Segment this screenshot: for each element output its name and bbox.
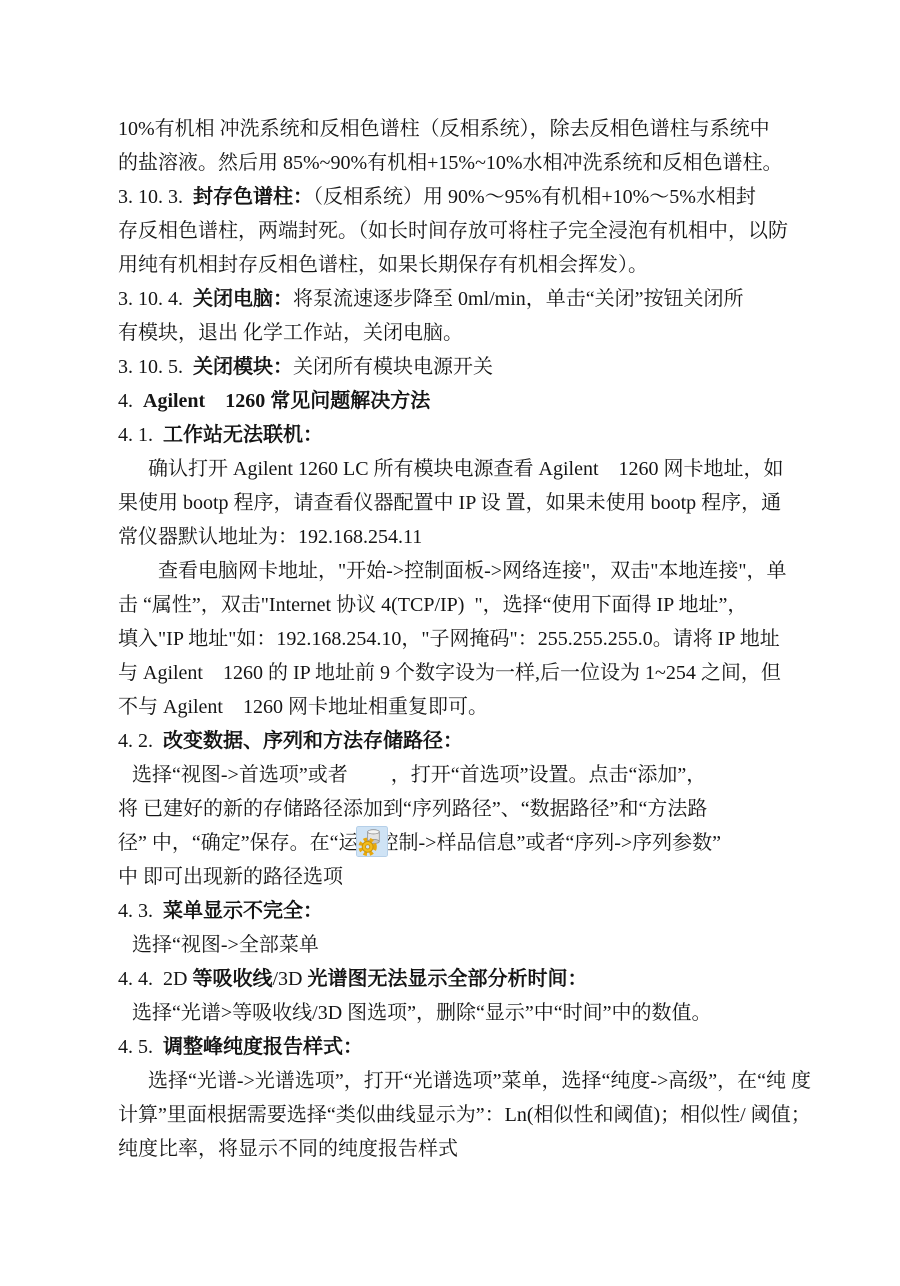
text-run: 填入"IP 地址"如：192.168.254.10，"子网掩码"：255.255… (118, 628, 780, 650)
document-page: 10%有机相 冲洗系统和反相色谱柱（反相系统），除去反相色谱柱与系统中的盐溶液。… (0, 0, 900, 1286)
text-run: 纯度比率，将显示不同的纯度报告样式 (118, 1138, 458, 1160)
text-run: 3. 10. 3. (118, 186, 193, 208)
bold-text-run: 关闭电脑： (193, 288, 293, 310)
body-line-16: 填入"IP 地址"如：192.168.254.10，"子网掩码"：255.255… (118, 622, 808, 656)
bold-text-run: 调整峰纯度报告样式： (163, 1036, 363, 1058)
body-line-15: 击 “属性”，双击"Internet 协议 4(TCP/IP) "，选择“使用下… (118, 588, 808, 622)
bold-text-run: 等吸收线 (192, 968, 272, 990)
document-content: 10%有机相 冲洗系统和反相色谱柱（反相系统），除去反相色谱柱与系统中的盐溶液。… (118, 112, 808, 1166)
body-line-31: 纯度比率，将显示不同的纯度报告样式 (118, 1132, 808, 1166)
text-run: 将泵流速逐步降至 0ml/min，单击“关闭”按钮关闭所 (293, 288, 744, 310)
text-run: 不与 Agilent 1260 网卡地址相重复即可。 (118, 696, 488, 718)
heading-4-5: 4. 5. 调整峰纯度报告样式： (118, 1030, 808, 1064)
body-line-4: 存反相色谱柱，两端封死。（如长时间存放可将柱子完全浸泡有机相中，以防 (118, 214, 808, 248)
text-run: 将 已建好的新的存储路径添加到“序列路径”、“数据路径”和“方法路 (118, 798, 707, 820)
text-run: （反相系统）用 90%～95%有机相+10%～5%水相封 (313, 186, 756, 208)
body-line-7: 有模块，退出 化学工作站，关闭电脑。 (118, 316, 808, 350)
text-run: 4. 1. (118, 424, 163, 446)
heading-4-2: 4. 2. 改变数据、序列和方法存储路径： (118, 724, 808, 758)
text-run: /3D (272, 968, 307, 990)
body-line-18: 不与 Agilent 1260 网卡地址相重复即可。 (118, 690, 808, 724)
heading-3-10-5: 3. 10. 5. 关闭模块：关闭所有模块电源开关 (118, 350, 808, 384)
heading-4: 4. Agilent 1260 常见问题解决方法 (118, 384, 808, 418)
bold-text-run: 菜单显示不完全： (163, 900, 323, 922)
bold-text-run: Agilent 1260 常见问题解决方法 (143, 390, 430, 412)
text-run: 4. 5. (118, 1036, 163, 1058)
text-run: 常仪器默认地址为：192.168.254.11 (118, 526, 422, 548)
bold-text-run: 改变数据、序列和方法存储路径： (163, 730, 463, 752)
body-line-21: 将 已建好的新的存储路径添加到“序列路径”、“数据路径”和“方法路 (118, 792, 808, 826)
text-run: 有模块，退出 化学工作站，关闭电脑。 (118, 322, 463, 344)
body-line-12: 果使用 bootp 程序，请查看仪器配置中 IP 设 置，如果未使用 bootp… (118, 486, 808, 520)
heading-4-3: 4. 3. 菜单显示不完全： (118, 894, 808, 928)
heading-4-4: 4. 4. 2D 等吸收线/3D 光谱图无法显示全部分析时间： (118, 962, 808, 996)
bold-text-run: 光谱图无法显示全部分析时间： (307, 968, 587, 990)
body-line-20: 选择“视图->首选项”或者 ，打开“首选项”设置。点击“添加”， (118, 758, 808, 792)
heading-3-10-4: 3. 10. 4. 关闭电脑：将泵流速逐步降至 0ml/min，单击“关闭”按钮… (118, 282, 808, 316)
preferences-icon (356, 758, 388, 789)
text-run: 关闭所有模块电源开关 (293, 356, 493, 378)
text-run: 计算”里面根据需要选择“类似曲线显示为”：Ln(相似性和阈值)；相似性/ 阈值； (118, 1104, 811, 1126)
text-run: 查看电脑网卡地址，"开始->控制面板->网络连接"，双击"本地连接"，单 (158, 560, 787, 582)
text-run: 中 即可出现新的路径选项 (118, 866, 343, 888)
body-line-30: 计算”里面根据需要选择“类似曲线显示为”：Ln(相似性和阈值)；相似性/ 阈值； (118, 1098, 808, 1132)
text-run: 的盐溶液。然后用 85%~90%有机相+15%~10%水相冲洗系统和反相色谱柱。 (118, 152, 783, 174)
body-line-1: 10%有机相 冲洗系统和反相色谱柱（反相系统），除去反相色谱柱与系统中 (118, 112, 808, 146)
text-run: 4. 2. (118, 730, 163, 752)
bold-text-run: 工作站无法联机： (163, 424, 323, 446)
body-line-25: 选择“视图->全部菜单 (118, 928, 808, 962)
text-run: 选择“视图->全部菜单 (132, 934, 319, 956)
body-line-22: 径” 中，“确定”保存。在“运行控制->样品信息”或者“序列->序列参数” (118, 826, 808, 860)
body-line-11: 确认打开 Agilent 1260 LC 所有模块电源查看 Agilent 12… (118, 452, 808, 486)
text-run: 与 Agilent 1260 的 IP 地址前 9 个数字设为一样,后一位设为 … (118, 662, 781, 684)
body-line-13: 常仪器默认地址为：192.168.254.11 (118, 520, 808, 554)
text-run: 确认打开 Agilent 1260 LC 所有模块电源查看 Agilent 12… (148, 458, 784, 480)
heading-3-10-3: 3. 10. 3. 封存色谱柱：（反相系统）用 90%～95%有机相+10%～5… (118, 180, 808, 214)
bold-text-run: 封存色谱柱： (193, 186, 313, 208)
body-line-2: 的盐溶液。然后用 85%~90%有机相+15%~10%水相冲洗系统和反相色谱柱。 (118, 146, 808, 180)
body-line-5: 用纯有机相封存反相色谱柱，如果长期保存有机相会挥发）。 (118, 248, 808, 282)
text-run: 4. (118, 390, 143, 412)
text-run: 果使用 bootp 程序，请查看仪器配置中 IP 设 置，如果未使用 bootp… (118, 492, 781, 514)
text-run: 3. 10. 4. (118, 288, 193, 310)
heading-4-1: 4. 1. 工作站无法联机： (118, 418, 808, 452)
text-run: 10%有机相 冲洗系统和反相色谱柱（反相系统），除去反相色谱柱与系统中 (118, 118, 770, 140)
bold-text-run: 关闭模块： (193, 356, 293, 378)
text-run: 存反相色谱柱，两端封死。（如长时间存放可将柱子完全浸泡有机相中，以防 (118, 220, 788, 242)
body-line-23: 中 即可出现新的路径选项 (118, 860, 808, 894)
text-run: 4. 3. (118, 900, 163, 922)
text-run: 选择“视图->首选项”或者 (132, 764, 353, 786)
text-run: 选择“光谱>等吸收线/3D 图选项”，删除“显示”中“时间”中的数值。 (132, 1002, 712, 1024)
body-line-29: 选择“光谱->光谱选项”，打开“光谱选项”菜单，选择“纯度->高级”，在“纯 度 (118, 1064, 808, 1098)
text-run: 用纯有机相封存反相色谱柱，如果长期保存有机相会挥发）。 (118, 254, 648, 276)
text-run: 径” 中，“确定”保存。在“运行控制->样品信息”或者“序列->序列参数” (118, 832, 721, 854)
text-run: ，打开“首选项”设置。点击“添加”， (391, 764, 707, 786)
text-run: 选择“光谱->光谱选项”，打开“光谱选项”菜单，选择“纯度->高级”，在“纯 度 (148, 1070, 811, 1092)
text-run: 3. 10. 5. (118, 356, 193, 378)
body-line-14: 查看电脑网卡地址，"开始->控制面板->网络连接"，双击"本地连接"，单 (118, 554, 808, 588)
body-line-17: 与 Agilent 1260 的 IP 地址前 9 个数字设为一样,后一位设为 … (118, 656, 808, 690)
text-run: 4. 4. 2D (118, 968, 192, 990)
body-line-27: 选择“光谱>等吸收线/3D 图选项”，删除“显示”中“时间”中的数值。 (118, 996, 808, 1030)
text-run: 击 “属性”，双击"Internet 协议 4(TCP/IP) "，选择“使用下… (118, 594, 747, 616)
